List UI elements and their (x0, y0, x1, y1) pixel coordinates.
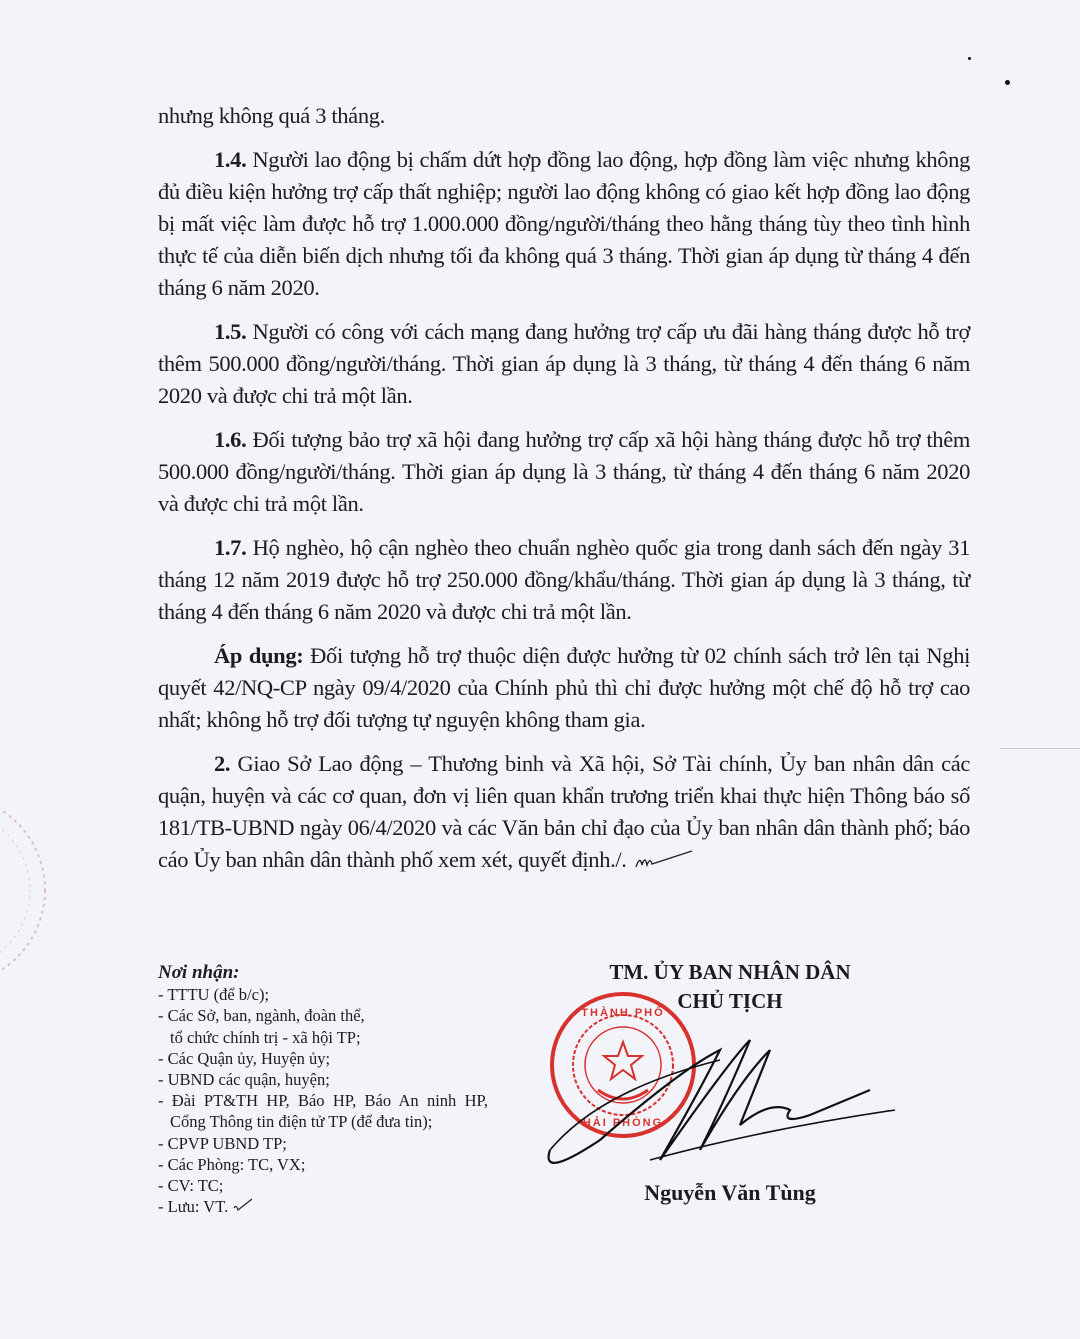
recipient-item: - Lưu: VT. (158, 1196, 488, 1217)
recipient-item: - CV: TC; (158, 1175, 488, 1196)
paragraph-number: 2. (214, 751, 230, 776)
paragraph-ap-dung: Áp dụng: Đối tượng hỗ trợ thuộc diện đượ… (158, 640, 970, 736)
document-body: nhưng không quá 3 tháng. 1.4. Người lao … (158, 100, 970, 888)
recipients-block: Nơi nhận: - TTTU (để b/c); - Các Sở, ban… (158, 962, 488, 1217)
scan-speck (968, 57, 971, 60)
signer-position: CHỦ TỊCH (570, 987, 890, 1016)
initial-mark-icon (632, 849, 702, 871)
recipients-title: Nơi nhận: (158, 962, 488, 983)
recipient-item: - TTTU (để b/c); (158, 984, 488, 1005)
scan-mark (1000, 748, 1080, 749)
paragraph-text: Hộ nghèo, hộ cận nghèo theo chuẩn nghèo … (158, 535, 970, 624)
recipient-item: - CPVP UBND TP; (158, 1133, 488, 1154)
paragraph-text: Người lao động bị chấm dứt hợp đồng lao … (158, 147, 970, 300)
paragraph-number: 1.6. (214, 427, 246, 452)
scan-speck (1005, 80, 1010, 85)
paragraph-1-6: 1.6. Đối tượng bảo trợ xã hội đang hưởng… (158, 424, 970, 520)
recipient-item: - Các Quận ủy, Huyện ủy; (158, 1048, 488, 1069)
paragraph-1-4: 1.4. Người lao động bị chấm dứt hợp đồng… (158, 144, 970, 304)
document-page: nhưng không quá 3 tháng. 1.4. Người lao … (0, 0, 1080, 1339)
recipient-item: tổ chức chính trị - xã hội TP; (158, 1027, 488, 1048)
recipient-item: - Các Phòng: TC, VX; (158, 1154, 488, 1175)
paragraph-number: 1.4. (214, 147, 246, 172)
paragraph-number: 1.5. (214, 319, 246, 344)
paragraph-2: 2. Giao Sở Lao động – Thương binh và Xã … (158, 748, 970, 876)
initial-mark-icon (232, 1198, 254, 1214)
on-behalf-label: TM. ỦY BAN NHÂN DÂN (570, 958, 890, 987)
paragraph-text: Đối tượng bảo trợ xã hội đang hưởng trợ … (158, 427, 970, 516)
paragraph-1-5: 1.5. Người có công với cách mạng đang hư… (158, 316, 970, 412)
recipient-item: - Đài PT&TH HP, Báo HP, Báo An ninh HP, … (158, 1090, 488, 1132)
partial-stamp-left-edge (0, 790, 60, 990)
recipient-item: - UBND các quận, huyện; (158, 1069, 488, 1090)
paragraph-continuation: nhưng không quá 3 tháng. (158, 100, 970, 132)
signer-name: Nguyễn Văn Tùng (590, 1180, 870, 1206)
paragraph-text: Người có công với cách mạng đang hưởng t… (158, 319, 970, 408)
paragraph-text: Giao Sở Lao động – Thương binh và Xã hội… (158, 751, 970, 872)
signature-block: TM. ỦY BAN NHÂN DÂN CHỦ TỊCH (570, 958, 890, 1016)
paragraph-1-7: 1.7. Hộ nghèo, hộ cận nghèo theo chuẩn n… (158, 532, 970, 628)
paragraph-label: Áp dụng: (214, 643, 303, 668)
recipient-item: - Các Sở, ban, ngành, đoàn thể, (158, 1005, 488, 1026)
paragraph-number: 1.7. (214, 535, 246, 560)
handwritten-signature (540, 1030, 900, 1180)
